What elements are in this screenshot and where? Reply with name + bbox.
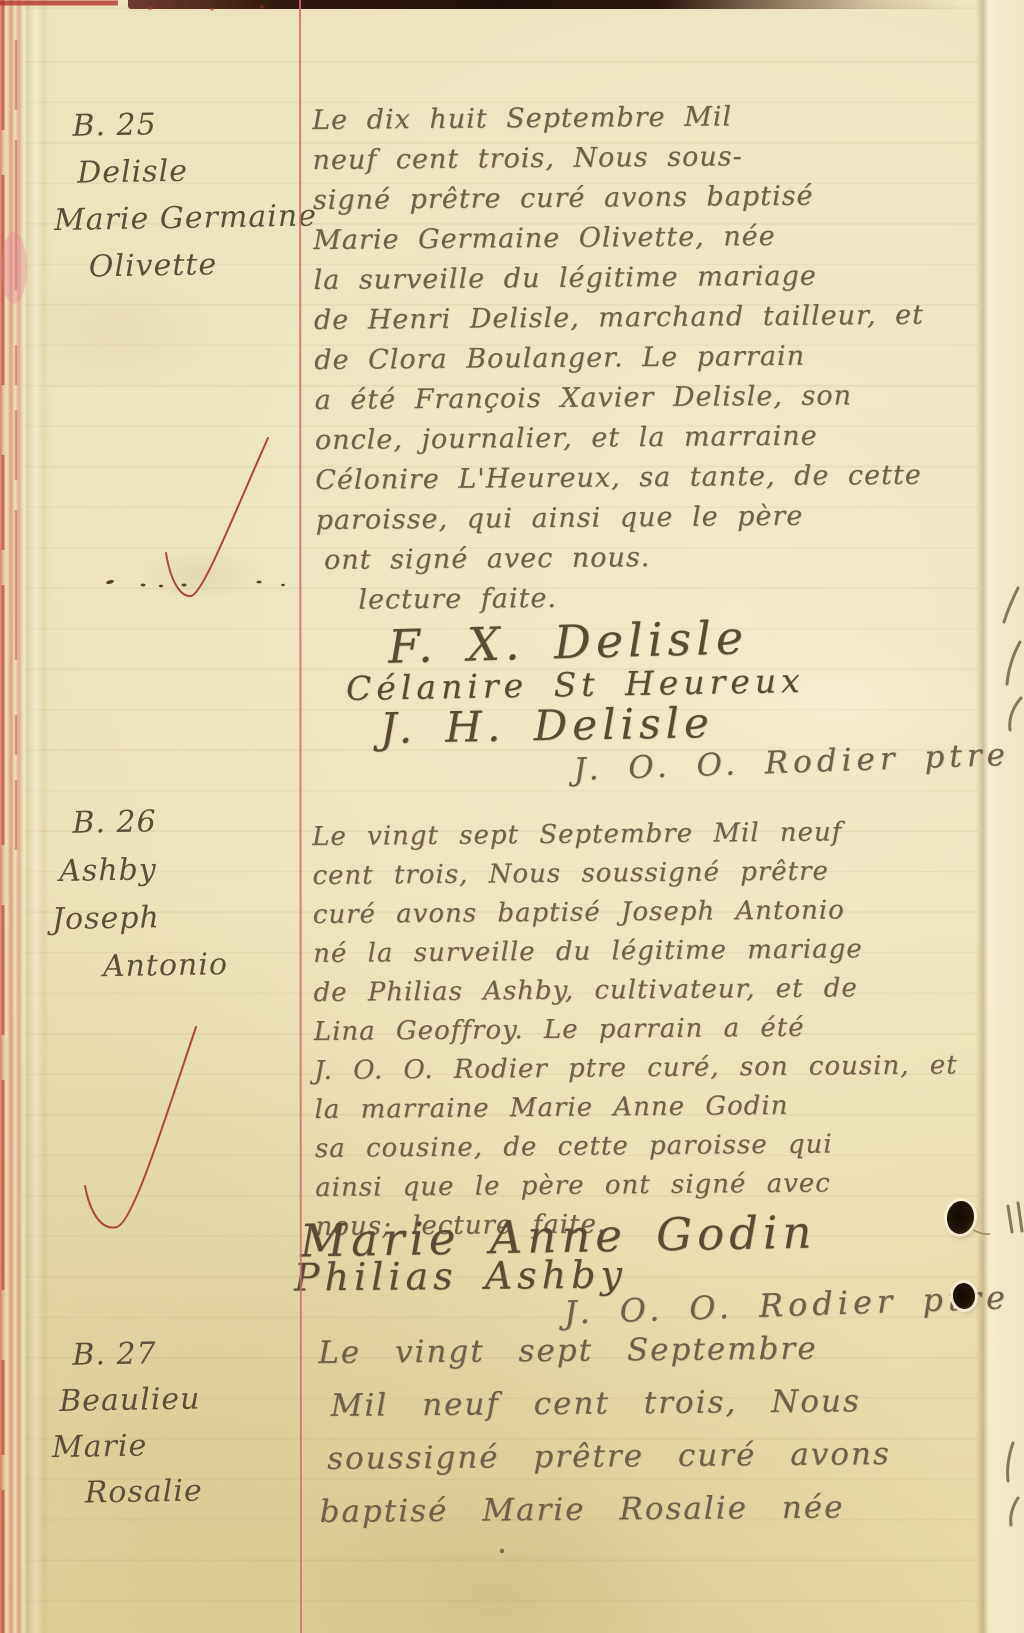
record-text-line: de Philias Ashby, cultivateur, et de — [313, 968, 985, 1013]
margin-label-line: Joseph — [52, 892, 301, 944]
record-text-line: oncle, journalier, et la marraine — [315, 415, 987, 461]
margin-label-line: B. 26 — [72, 796, 299, 848]
signature-jh-delisle: J. H. Delisle — [380, 698, 715, 753]
baptism-entry-25: B. 25DelisleMarie GermaineOlivette Le di… — [0, 95, 1024, 795]
margin-label-line: Marie Germaine — [54, 193, 301, 244]
record-text-line: Lina Geoffroy. Le parrain a été — [314, 1007, 986, 1052]
baptism-entry-26: B. 26AshbyJosephAntonio Le vingt sept Se… — [0, 788, 1024, 1333]
entry-25-margin-labels: B. 25DelisleMarie GermaineOlivette — [58, 99, 301, 291]
record-text-line: paroisse, qui ainsi que le père — [315, 495, 987, 541]
book-top-edge — [128, 0, 960, 9]
record-text-line: Mil neuf cent trois, Nous — [330, 1374, 990, 1433]
entry-25-record-text: Le dix huit Septembre Milneuf cent trois… — [312, 95, 989, 621]
record-text-line: la surveille du légitime mariage — [313, 255, 985, 301]
record-text-line: Célonire L'Heureux, sa tante, de cette — [315, 455, 987, 501]
record-text-line: a été François Xavier Delisle, son — [314, 375, 986, 421]
margin-label-line: Beaulieu — [59, 1375, 300, 1425]
baptism-entry-27: B. 27BeaulieuMarieRosalie Le vingt sept … — [0, 1325, 1024, 1625]
record-text-line: cent trois, Nous soussigné prêtre — [312, 851, 984, 896]
entry-26-record-text: Le vingt sept Septembre Mil neufcent tro… — [312, 812, 988, 1247]
record-text-line: Marie Germaine Olivette, née — [313, 215, 985, 261]
record-text-line: sa cousine, de cette paroisse qui — [315, 1124, 987, 1169]
record-text-line: Le dix huit Septembre Mil — [312, 95, 984, 141]
record-text-line: ainsi que le père ont signé avec — [315, 1163, 987, 1208]
record-text-line: neuf cent trois, Nous sous- — [312, 135, 984, 181]
record-text-line: signé prêtre curé avons baptisé — [313, 175, 985, 221]
register-page: B. 25DelisleMarie GermaineOlivette Le di… — [0, 0, 1024, 1633]
record-text-line: né la surveille du légitime mariage — [313, 929, 985, 974]
record-text-line: baptisé Marie Rosalie née — [319, 1480, 991, 1539]
record-text-line: de Clora Boulanger. Le parrain — [314, 335, 986, 381]
record-text-line: curé avons baptisé Joseph Antonio — [313, 890, 985, 935]
margin-label-line: Delisle — [77, 146, 300, 197]
margin-label-line: Ashby — [59, 844, 300, 896]
entry-27-record-text: Le vingt sept SeptembreMil neuf cent tro… — [318, 1321, 992, 1539]
record-text-line: la marraine Marie Anne Godin — [314, 1085, 986, 1130]
record-text-line: Le vingt sept Septembre — [318, 1321, 990, 1380]
margin-label-line: Marie — [52, 1421, 301, 1471]
margin-label-line: Rosalie — [84, 1467, 301, 1517]
margin-label-line: Olivette — [88, 240, 301, 291]
record-text-line: soussigné prêtre curé avons — [327, 1427, 991, 1486]
entry-27-margin-labels: B. 27BeaulieuMarieRosalie — [58, 1329, 301, 1517]
record-text-line: Le vingt sept Septembre Mil neuf — [312, 812, 984, 857]
margin-label-line: B. 25 — [72, 99, 299, 150]
margin-label-line: B. 27 — [72, 1329, 299, 1379]
record-text-line: de Henri Delisle, marchand tailleur, et — [314, 295, 986, 341]
record-text-line: J. O. O. Rodier ptre curé, son cousin, e… — [314, 1046, 986, 1091]
entry-26-margin-labels: B. 26AshbyJosephAntonio — [58, 796, 301, 992]
record-text-line: ont signé avec nous. — [324, 535, 988, 581]
margin-label-line: Antonio — [103, 940, 302, 991]
